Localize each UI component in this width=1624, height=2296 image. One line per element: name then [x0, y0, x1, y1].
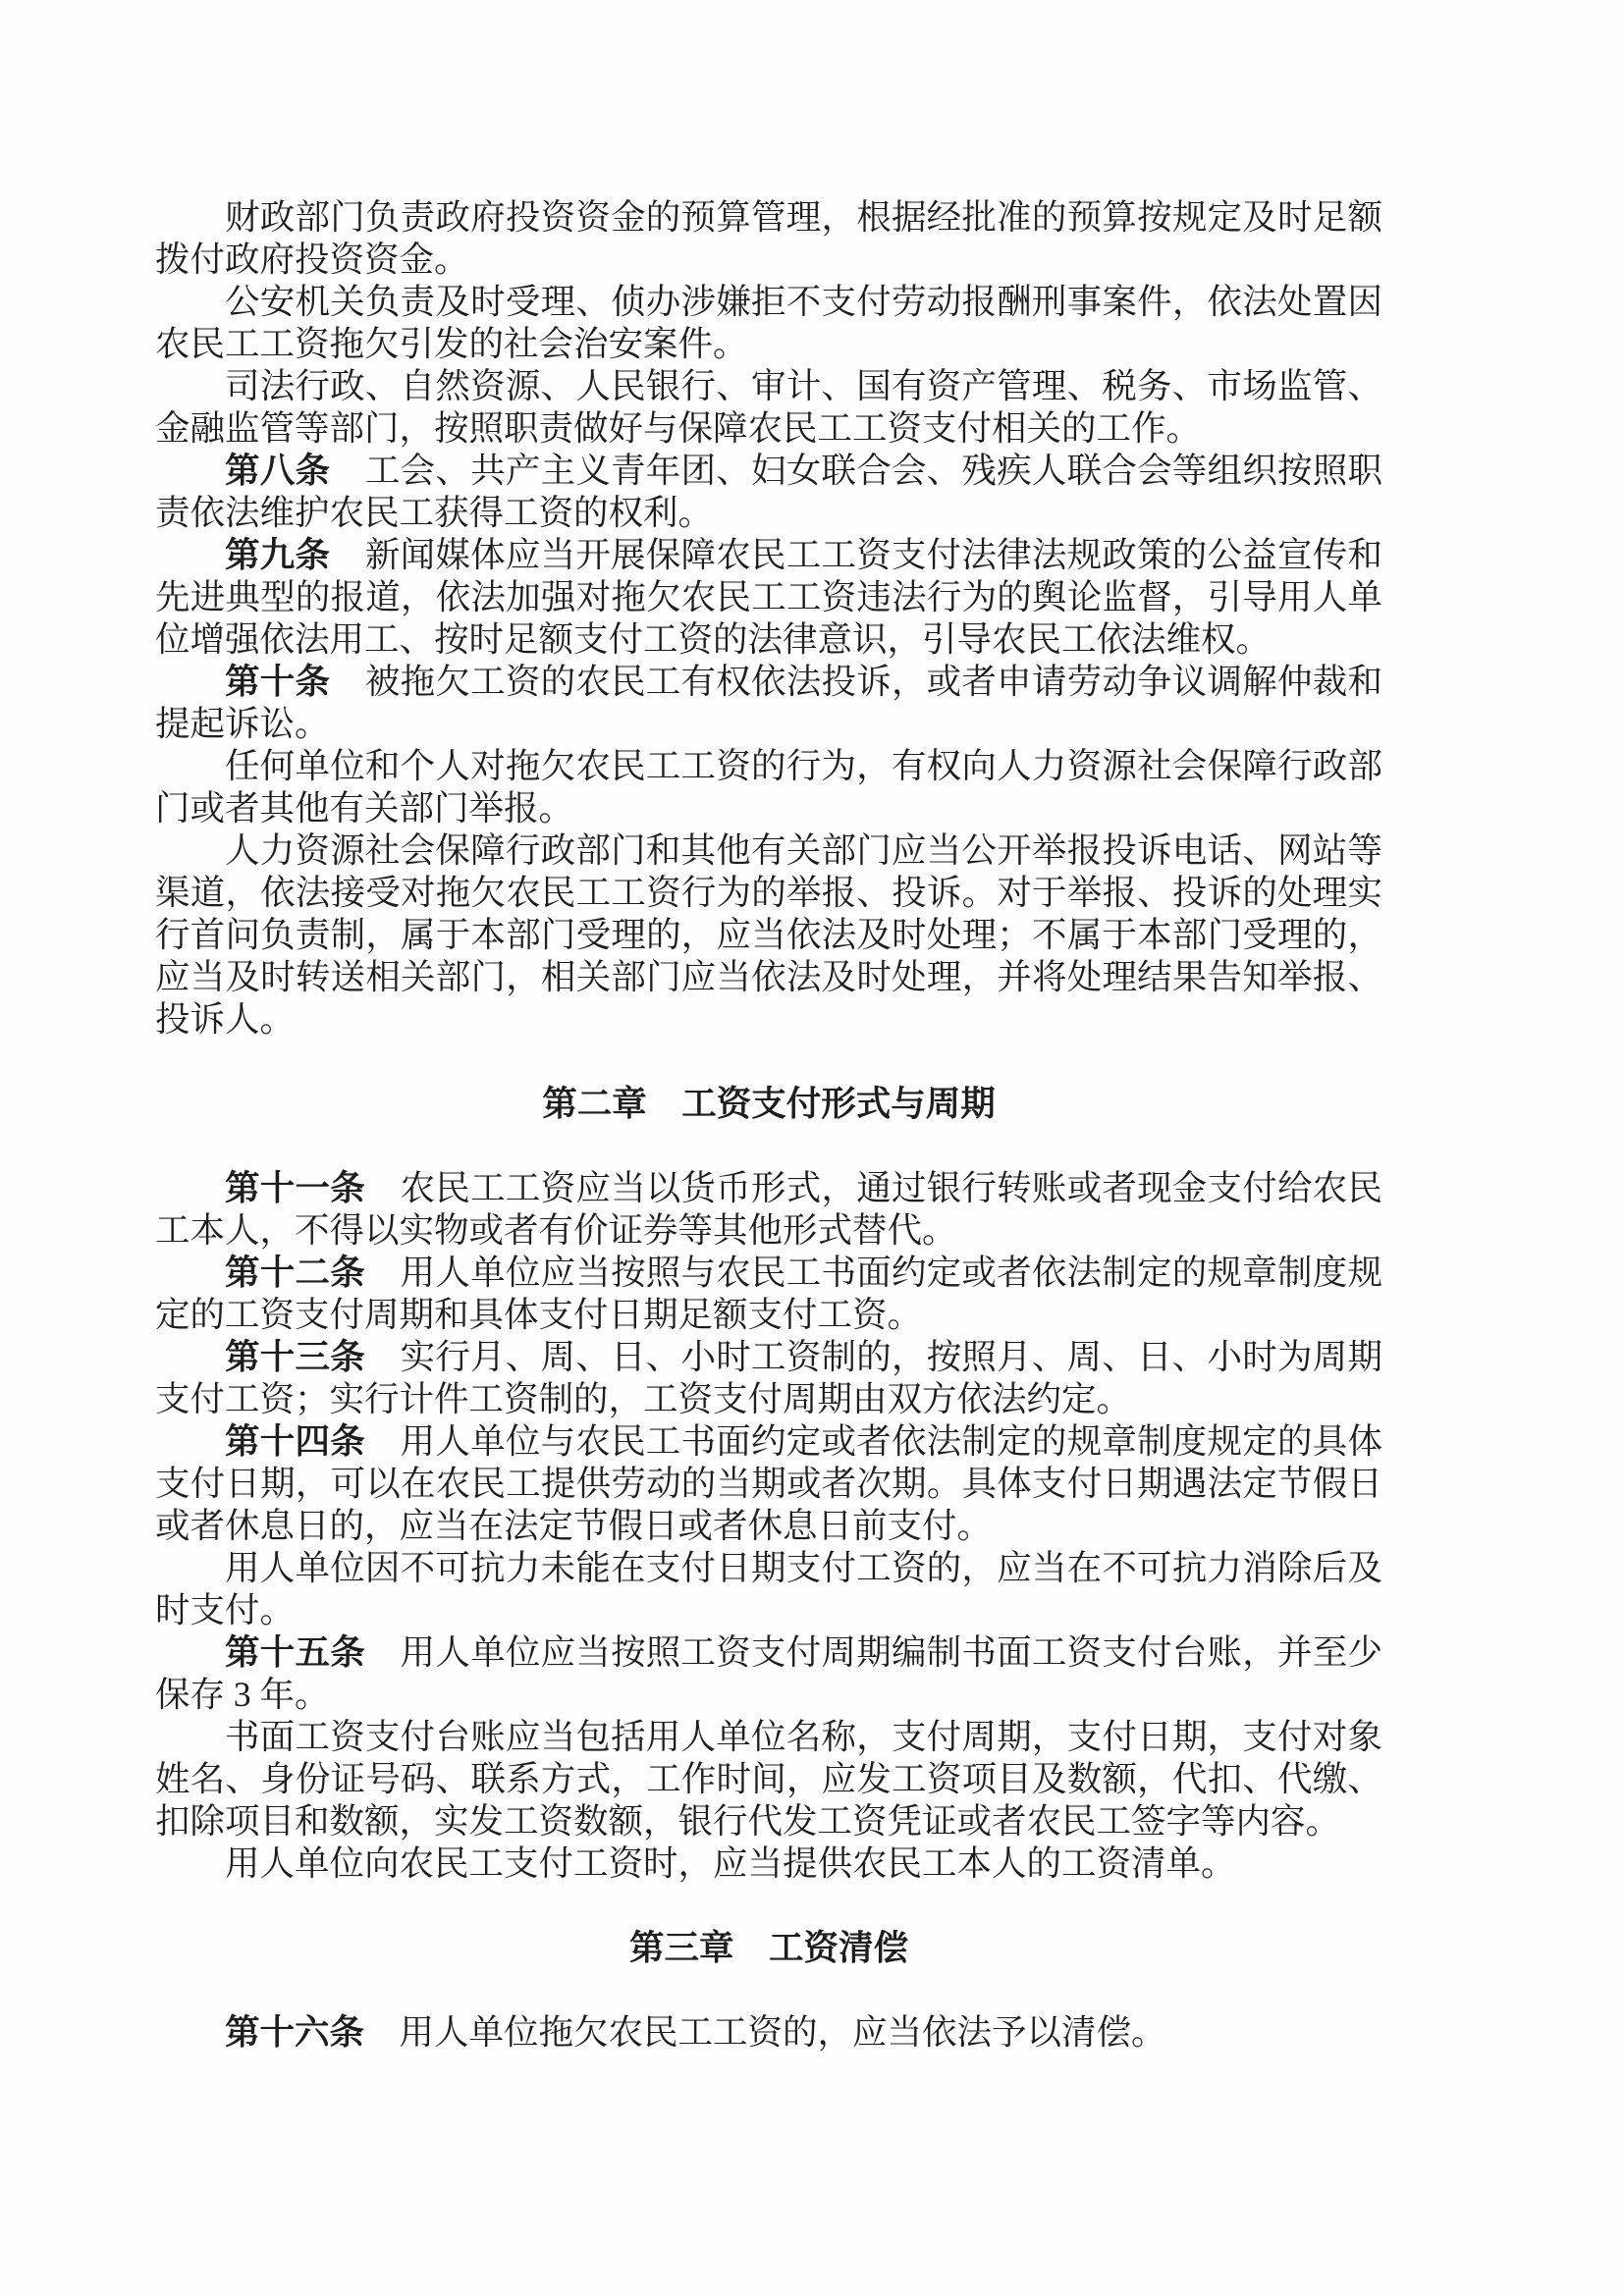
- paragraph-wage-slip: 用人单位向农民工支付工资时，应当提供农民工本人的工资清单。: [155, 1842, 1382, 1885]
- document-page: 财政部门负责政府投资资金的预算管理，根据经批准的预算按规定及时足额拨付政府投资资…: [0, 0, 1624, 2296]
- paragraph-article-11: 第十一条 农民工工资应当以货币形式，通过银行转账或者现金支付给农民工本人，不得以…: [155, 1167, 1382, 1252]
- paragraph-text: 用人单位向农民工支付工资时，应当提供农民工本人的工资清单。: [225, 1843, 1236, 1883]
- document-body: 财政部门负责政府投资资金的预算管理，根据经批准的预算按规定及时足额拨付政府投资资…: [155, 196, 1382, 2054]
- paragraph-article-12: 第十二条 用人单位应当按照与农民工书面约定或者依法制定的规章制度规定的工资支付周…: [155, 1252, 1382, 1336]
- article-number: 第十条: [225, 662, 330, 701]
- paragraph-text: 用人单位因不可抗力未能在支付日期支付工资的，应当在不可抗力消除后及时支付。: [155, 1548, 1382, 1629]
- paragraph-text: 司法行政、自然资源、人民银行、审计、国有资产管理、税务、市场监管、金融监管等部门…: [155, 366, 1382, 448]
- paragraph-text: 公安机关负责及时受理、侦办涉嫌拒不支付劳动报酬刑事案件，依法处置因农民工工资拖欠…: [155, 282, 1382, 363]
- paragraph-public-security: 公安机关负责及时受理、侦办涉嫌拒不支付劳动报酬刑事案件，依法处置因农民工工资拖欠…: [155, 281, 1382, 365]
- paragraph-text: 书面工资支付台账应当包括用人单位名称，支付周期，支付日期，支付对象姓名、身份证号…: [155, 1717, 1382, 1841]
- article-number: 第八条: [225, 451, 330, 490]
- article-number: 第九条: [225, 535, 330, 574]
- article-number: 第十二条: [225, 1253, 365, 1292]
- paragraph-ledger-contents: 书面工资支付台账应当包括用人单位名称，支付周期，支付日期，支付对象姓名、身份证号…: [155, 1716, 1382, 1842]
- paragraph-text: 用人单位拖欠农民工工资的，应当依法予以清偿。: [364, 2012, 1166, 2052]
- paragraph-article-9: 第九条 新闻媒体应当开展保障农民工工资支付法律法规政策的公益宣传和先进典型的报道…: [155, 534, 1382, 661]
- paragraph-article-8: 第八条 工会、共产主义青年团、妇女联合会、残疾人联合会等组织按照职责依法维护农民…: [155, 450, 1382, 534]
- article-number: 第十四条: [225, 1421, 365, 1461]
- paragraph-text: 工会、共产主义青年团、妇女联合会、残疾人联合会等组织按照职责依法维护农民工获得工…: [155, 451, 1382, 532]
- paragraph-article-13: 第十三条 实行月、周、日、小时工资制的，按照月、周、日、小时为周期支付工资；实行…: [155, 1336, 1382, 1420]
- article-number: 第十五条: [225, 1632, 365, 1672]
- chapter-3-heading: 第三章 工资清偿: [155, 1927, 1382, 1969]
- paragraph-article-15: 第十五条 用人单位应当按照工资支付周期编制书面工资支付台账，并至少保存 3 年。: [155, 1631, 1382, 1716]
- paragraph-finance-budget: 财政部门负责政府投资资金的预算管理，根据经批准的预算按规定及时足额拨付政府投资资…: [155, 196, 1382, 281]
- paragraph-text: 任何单位和个人对拖欠农民工工资的行为，有权向人力资源社会保障行政部门或者其他有关…: [155, 746, 1382, 828]
- paragraph-article-16: 第十六条 用人单位拖欠农民工工资的，应当依法予以清偿。: [155, 2011, 1382, 2054]
- paragraph-text: 被拖欠工资的农民工有权依法投诉，或者申请劳动争议调解仲裁和提起诉讼。: [155, 662, 1382, 743]
- article-number: 第十一条: [225, 1168, 365, 1207]
- paragraph-article-14: 第十四条 用人单位与农民工书面约定或者依法制定的规章制度规定的具体支付日期，可以…: [155, 1420, 1382, 1547]
- paragraph-text: 人力资源社会保障行政部门和其他有关部门应当公开举报投诉电话、网站等渠道，依法接受…: [155, 830, 1382, 1039]
- paragraph-text: 财政部门负责政府投资资金的预算管理，根据经批准的预算按规定及时足额拨付政府投资资…: [155, 197, 1382, 279]
- paragraph-article-10: 第十条 被拖欠工资的农民工有权依法投诉，或者申请劳动争议调解仲裁和提起诉讼。: [155, 661, 1382, 745]
- paragraph-force-majeure: 用人单位因不可抗力未能在支付日期支付工资的，应当在不可抗力消除后及时支付。: [155, 1547, 1382, 1631]
- paragraph-report-right: 任何单位和个人对拖欠农民工工资的行为，有权向人力资源社会保障行政部门或者其他有关…: [155, 745, 1382, 829]
- paragraph-text: 新闻媒体应当开展保障农民工工资支付法律法规政策的公益宣传和先进典型的报道，依法加…: [155, 535, 1382, 659]
- article-number: 第十六条: [225, 2012, 364, 2052]
- chapter-2-heading: 第二章 工资支付形式与周期: [155, 1083, 1382, 1125]
- paragraph-other-departments: 司法行政、自然资源、人民银行、审计、国有资产管理、税务、市场监管、金融监管等部门…: [155, 365, 1382, 450]
- paragraph-complaint-channels: 人力资源社会保障行政部门和其他有关部门应当公开举报投诉电话、网站等渠道，依法接受…: [155, 829, 1382, 1041]
- article-number: 第十三条: [225, 1337, 365, 1376]
